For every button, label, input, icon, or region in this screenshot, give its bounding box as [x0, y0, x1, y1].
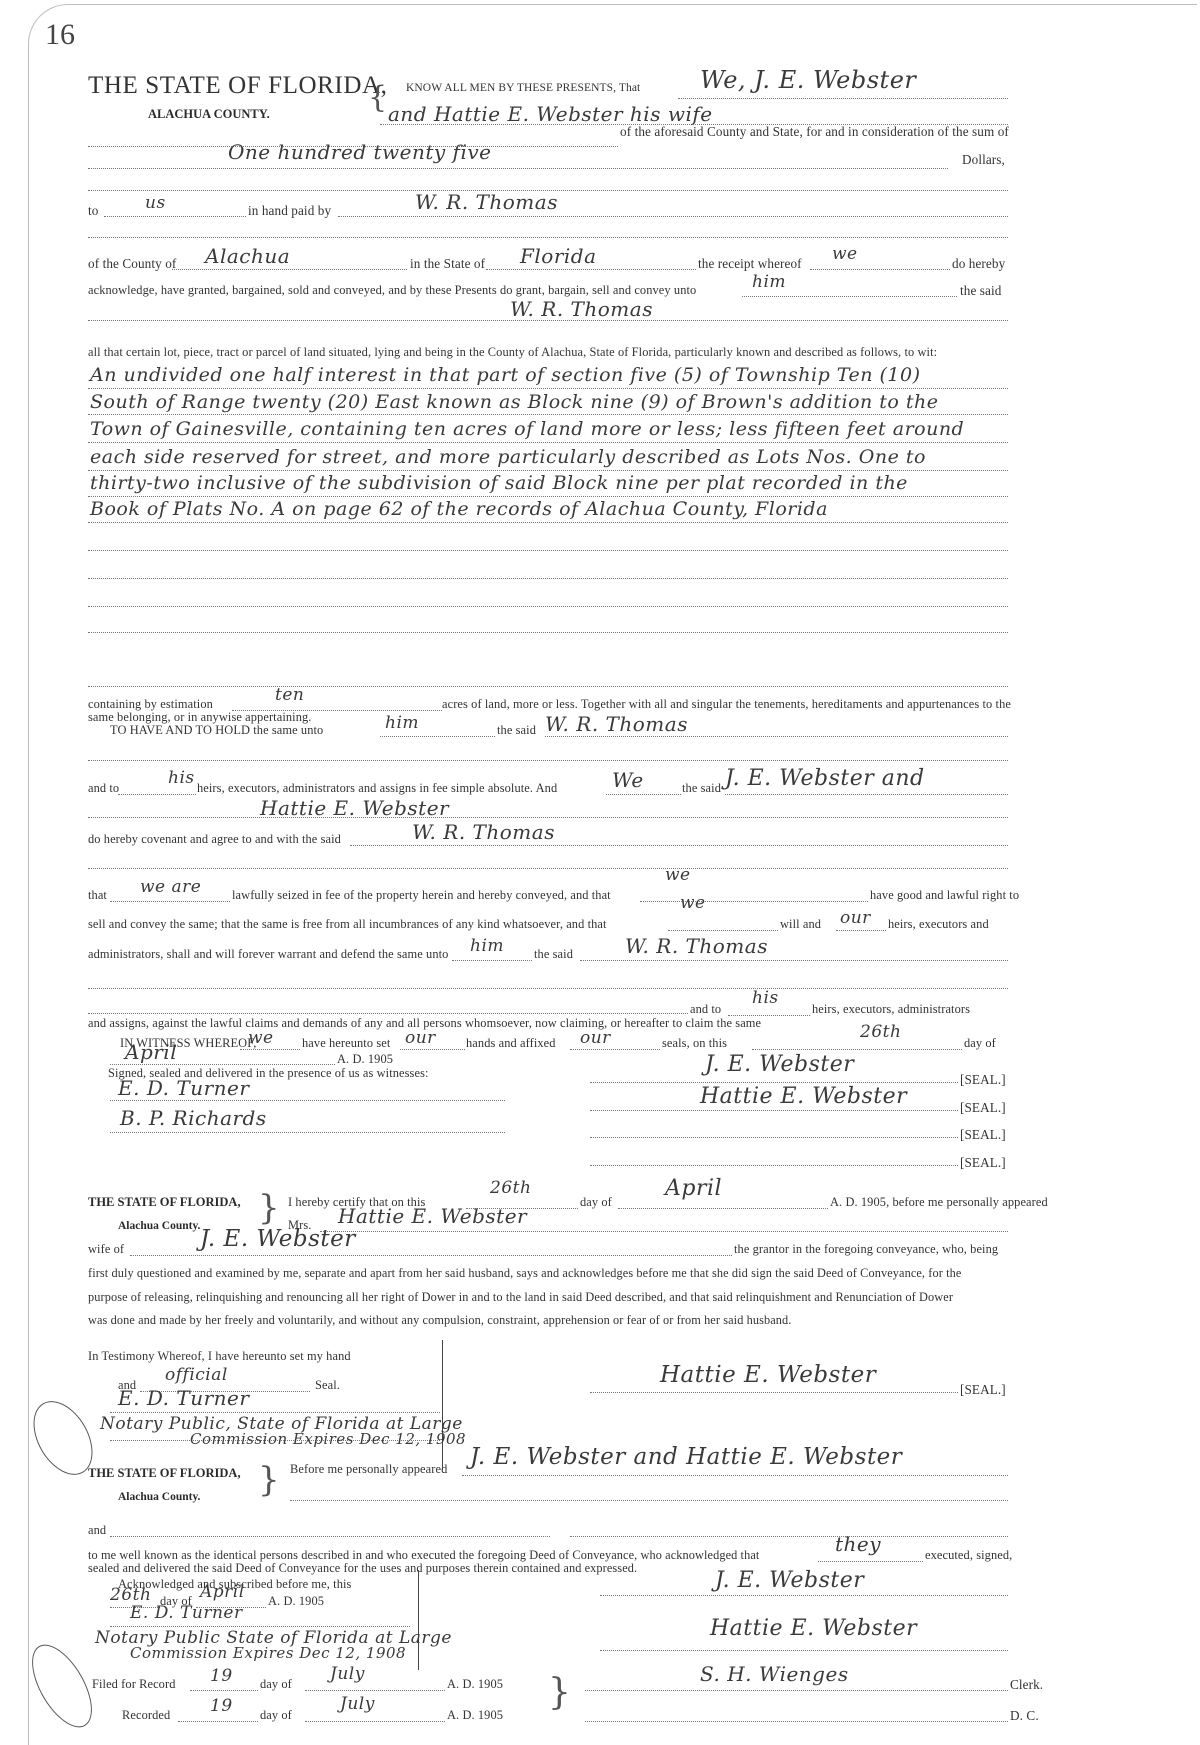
land-line: An undivided one half interest in that p…: [90, 364, 921, 386]
commission: Commission Expires Dec 12, 1908: [190, 1430, 466, 1448]
rec-day-value: 19: [210, 1696, 233, 1716]
that-text: that: [88, 888, 107, 903]
grantor-signature: Hattie E. Webster: [700, 1084, 907, 1109]
heirs-text: heirs, executors, administrators and ass…: [197, 781, 557, 796]
grantor-text: the grantor in the foregoing conveyance,…: [734, 1242, 998, 1257]
dower-body: first duly questioned and examined by me…: [88, 1266, 961, 1281]
dower-signature: Hattie E. Webster: [660, 1362, 876, 1388]
wife-of-text: wife of: [88, 1242, 124, 1257]
grantor-name: We, J. E. Webster: [700, 66, 916, 94]
and-to-text: and to: [88, 781, 119, 796]
receipt-value: we: [832, 244, 858, 264]
the-said-text: the said: [534, 947, 573, 962]
page-number: 16: [45, 18, 75, 52]
notary-name: E. D. Turner: [118, 1386, 249, 1410]
county-of-text: of the County of: [88, 256, 176, 272]
covenant-value: W. R. Thomas: [412, 820, 555, 844]
heirs-exec-text: heirs, executors, administrators: [812, 1002, 970, 1017]
month-value: April: [200, 1582, 245, 1602]
ad-text: A. D. 1905: [337, 1052, 393, 1067]
recorded-text: Recorded: [122, 1708, 170, 1723]
grantor-name-2: and Hattie E. Webster his wife: [388, 102, 713, 126]
mrs-value: Hattie E. Webster: [338, 1204, 527, 1228]
brace: }: [258, 1188, 280, 1228]
seal-label: [SEAL.]: [960, 1072, 1006, 1088]
acres-value: ten: [275, 685, 304, 705]
in-state-text: in the State of: [410, 256, 485, 272]
land-intro: all that certain lot, piece, tract or pa…: [88, 345, 937, 360]
know-all-text: KNOW ALL MEN BY THESE PRESENTS, That: [406, 82, 640, 94]
land-line: Book of Plats No. A on page 62 of the re…: [90, 498, 828, 520]
hands-text: hands and affixed: [466, 1036, 556, 1051]
aforesaid-text: of the aforesaid County and State, for a…: [620, 124, 1009, 140]
day-of-text: day of: [964, 1036, 996, 1051]
unto-value: him: [385, 713, 419, 733]
day-of-text: day of: [580, 1195, 612, 1210]
notary-name: E. D. Turner: [130, 1603, 243, 1623]
ack-state: THE STATE OF FLORIDA,: [88, 1466, 241, 1481]
official-value: official: [165, 1365, 228, 1385]
to-value: us: [145, 193, 166, 213]
rec-month-value: July: [340, 1694, 375, 1714]
husband-value: J. E. Webster: [200, 1226, 356, 1252]
ad-text: A. D. 1905, before me personally appeare…: [830, 1195, 1048, 1210]
rec-ad-text: A. D. 1905: [447, 1708, 503, 1723]
grantors-value: J. E. Webster and: [725, 766, 925, 791]
to-have-text: TO HAVE AND TO HOLD the same unto: [110, 723, 323, 738]
we-are-value: we are: [140, 877, 201, 897]
filed-day-value: 19: [210, 1666, 233, 1686]
ad-text: A. D. 1905: [268, 1594, 324, 1609]
sell-text: sell and convey the same; that the same …: [88, 917, 607, 932]
dollars-text: Dollars,: [962, 152, 1005, 168]
state-title: THE STATE OF FLORIDA,: [88, 72, 388, 100]
dower-body: was done and made by her freely and volu…: [88, 1313, 791, 1328]
seal-text: Seal.: [315, 1378, 340, 1393]
the-said-text: the said: [682, 781, 721, 796]
grantee-name: W. R. Thomas: [510, 297, 653, 321]
they-value: they: [835, 1532, 881, 1556]
lawfully-text: lawfully seized in fee of the property h…: [232, 888, 611, 903]
grantee-name: W. R. Thomas: [625, 934, 768, 958]
administrators-text: administrators, shall and will forever w…: [88, 947, 448, 962]
acknowledge-text: acknowledge, have granted, bargained, so…: [88, 283, 696, 298]
payer-name: W. R. Thomas: [415, 190, 558, 214]
persons-value: J. E. Webster and Hattie E. Webster: [470, 1444, 902, 1470]
land-line: South of Range twenty (20) East known as…: [90, 391, 939, 413]
ack-county: Alachua County.: [118, 1491, 200, 1503]
we-value-2: we: [680, 893, 706, 913]
before-me-text: Before me personally appeared: [290, 1462, 447, 1477]
do-hereby-text: do hereby: [952, 256, 1005, 272]
commission: Commission Expires Dec 12, 1908: [130, 1644, 406, 1662]
the-said-text: the said: [960, 283, 1001, 299]
the-said-text: the said: [497, 723, 536, 738]
day-of-text: day of: [260, 1708, 292, 1723]
brace: {: [368, 80, 387, 115]
brace: }: [258, 1460, 280, 1500]
witness-signature: B. P. Richards: [120, 1106, 267, 1130]
him-value: him: [470, 936, 504, 956]
have-good-text: have good and lawful right to: [870, 888, 1019, 903]
in-hand-text: in hand paid by: [248, 203, 331, 219]
sum-value: One hundred twenty five: [228, 140, 491, 164]
witness-signature: E. D. Turner: [118, 1076, 249, 1100]
clerk-label: Clerk.: [1010, 1677, 1043, 1693]
seals-text: seals, on this: [662, 1036, 727, 1051]
seal-label: [SEAL.]: [960, 1382, 1006, 1398]
and-text: and: [88, 1523, 106, 1538]
brace: }: [548, 1672, 571, 1713]
sealed-text: sealed and delivered the said Deed of Co…: [88, 1561, 637, 1576]
grantee-name: W. R. Thomas: [545, 712, 688, 736]
we-value: we: [248, 1028, 274, 1048]
day-of-text: day of: [260, 1677, 292, 1692]
deed-page: [28, 4, 1197, 1745]
ack-signature: J. E. Webster: [715, 1568, 864, 1593]
day-value: 26th: [490, 1178, 531, 1198]
his-value: his: [752, 988, 779, 1008]
day-value: 26th: [110, 1585, 151, 1605]
seal-label: [SEAL.]: [960, 1155, 1006, 1171]
month-value: April: [665, 1176, 722, 1201]
dower-body: purpose of releasing, relinquishing and …: [88, 1290, 953, 1305]
covenant-text: do hereby covenant and agree to and with…: [88, 832, 341, 847]
we-value: We: [612, 768, 644, 792]
land-line: thirty-two inclusive of the subdivision …: [90, 472, 908, 494]
unto-value: him: [752, 272, 786, 292]
receipt-text: the receipt whereof: [698, 256, 802, 272]
dc-label: D. C.: [1010, 1708, 1039, 1724]
filed-ad-text: A. D. 1905: [447, 1677, 503, 1692]
clerk-signature: S. H. Wienges: [700, 1662, 849, 1686]
our-value-2: our: [580, 1028, 611, 1048]
executed-text: executed, signed,: [925, 1548, 1012, 1563]
will-and-text: will and: [780, 917, 821, 932]
day-value: 26th: [860, 1022, 901, 1042]
county-title: ALACHUA COUNTY.: [148, 107, 270, 122]
testimony-text: In Testimony Whereof, I have hereunto se…: [88, 1349, 351, 1364]
our-value: our: [840, 908, 871, 928]
to-text: to: [88, 203, 98, 219]
land-line: Town of Gainesville, containing ten acre…: [90, 418, 964, 440]
acres-text: acres of land, more or less. Together wi…: [442, 697, 1011, 712]
land-line: each side reserved for street, and more …: [90, 446, 926, 468]
our-value: our: [405, 1028, 436, 1048]
grantors-value-2: Hattie E. Webster: [260, 796, 449, 820]
county-value: Alachua: [205, 244, 290, 268]
dower-state: THE STATE OF FLORIDA,: [88, 1195, 241, 1210]
seal-label: [SEAL.]: [960, 1100, 1006, 1116]
dower-county: Alachua County.: [118, 1220, 200, 1232]
filed-month-value: July: [330, 1664, 365, 1684]
month-value: April: [125, 1040, 177, 1064]
filed-text: Filed for Record: [92, 1677, 176, 1692]
ack-signature: Hattie E. Webster: [710, 1616, 917, 1641]
grantor-signature: J. E. Webster: [705, 1052, 854, 1077]
his-value: his: [168, 768, 195, 788]
seal-label: [SEAL.]: [960, 1127, 1006, 1143]
and-to-text: and to: [690, 1002, 721, 1017]
state-value: Florida: [520, 244, 597, 268]
heirs-exec-text: heirs, executors and: [888, 917, 989, 932]
have-hereunto-text: have hereunto set: [302, 1036, 390, 1051]
we-value: we: [665, 865, 691, 885]
